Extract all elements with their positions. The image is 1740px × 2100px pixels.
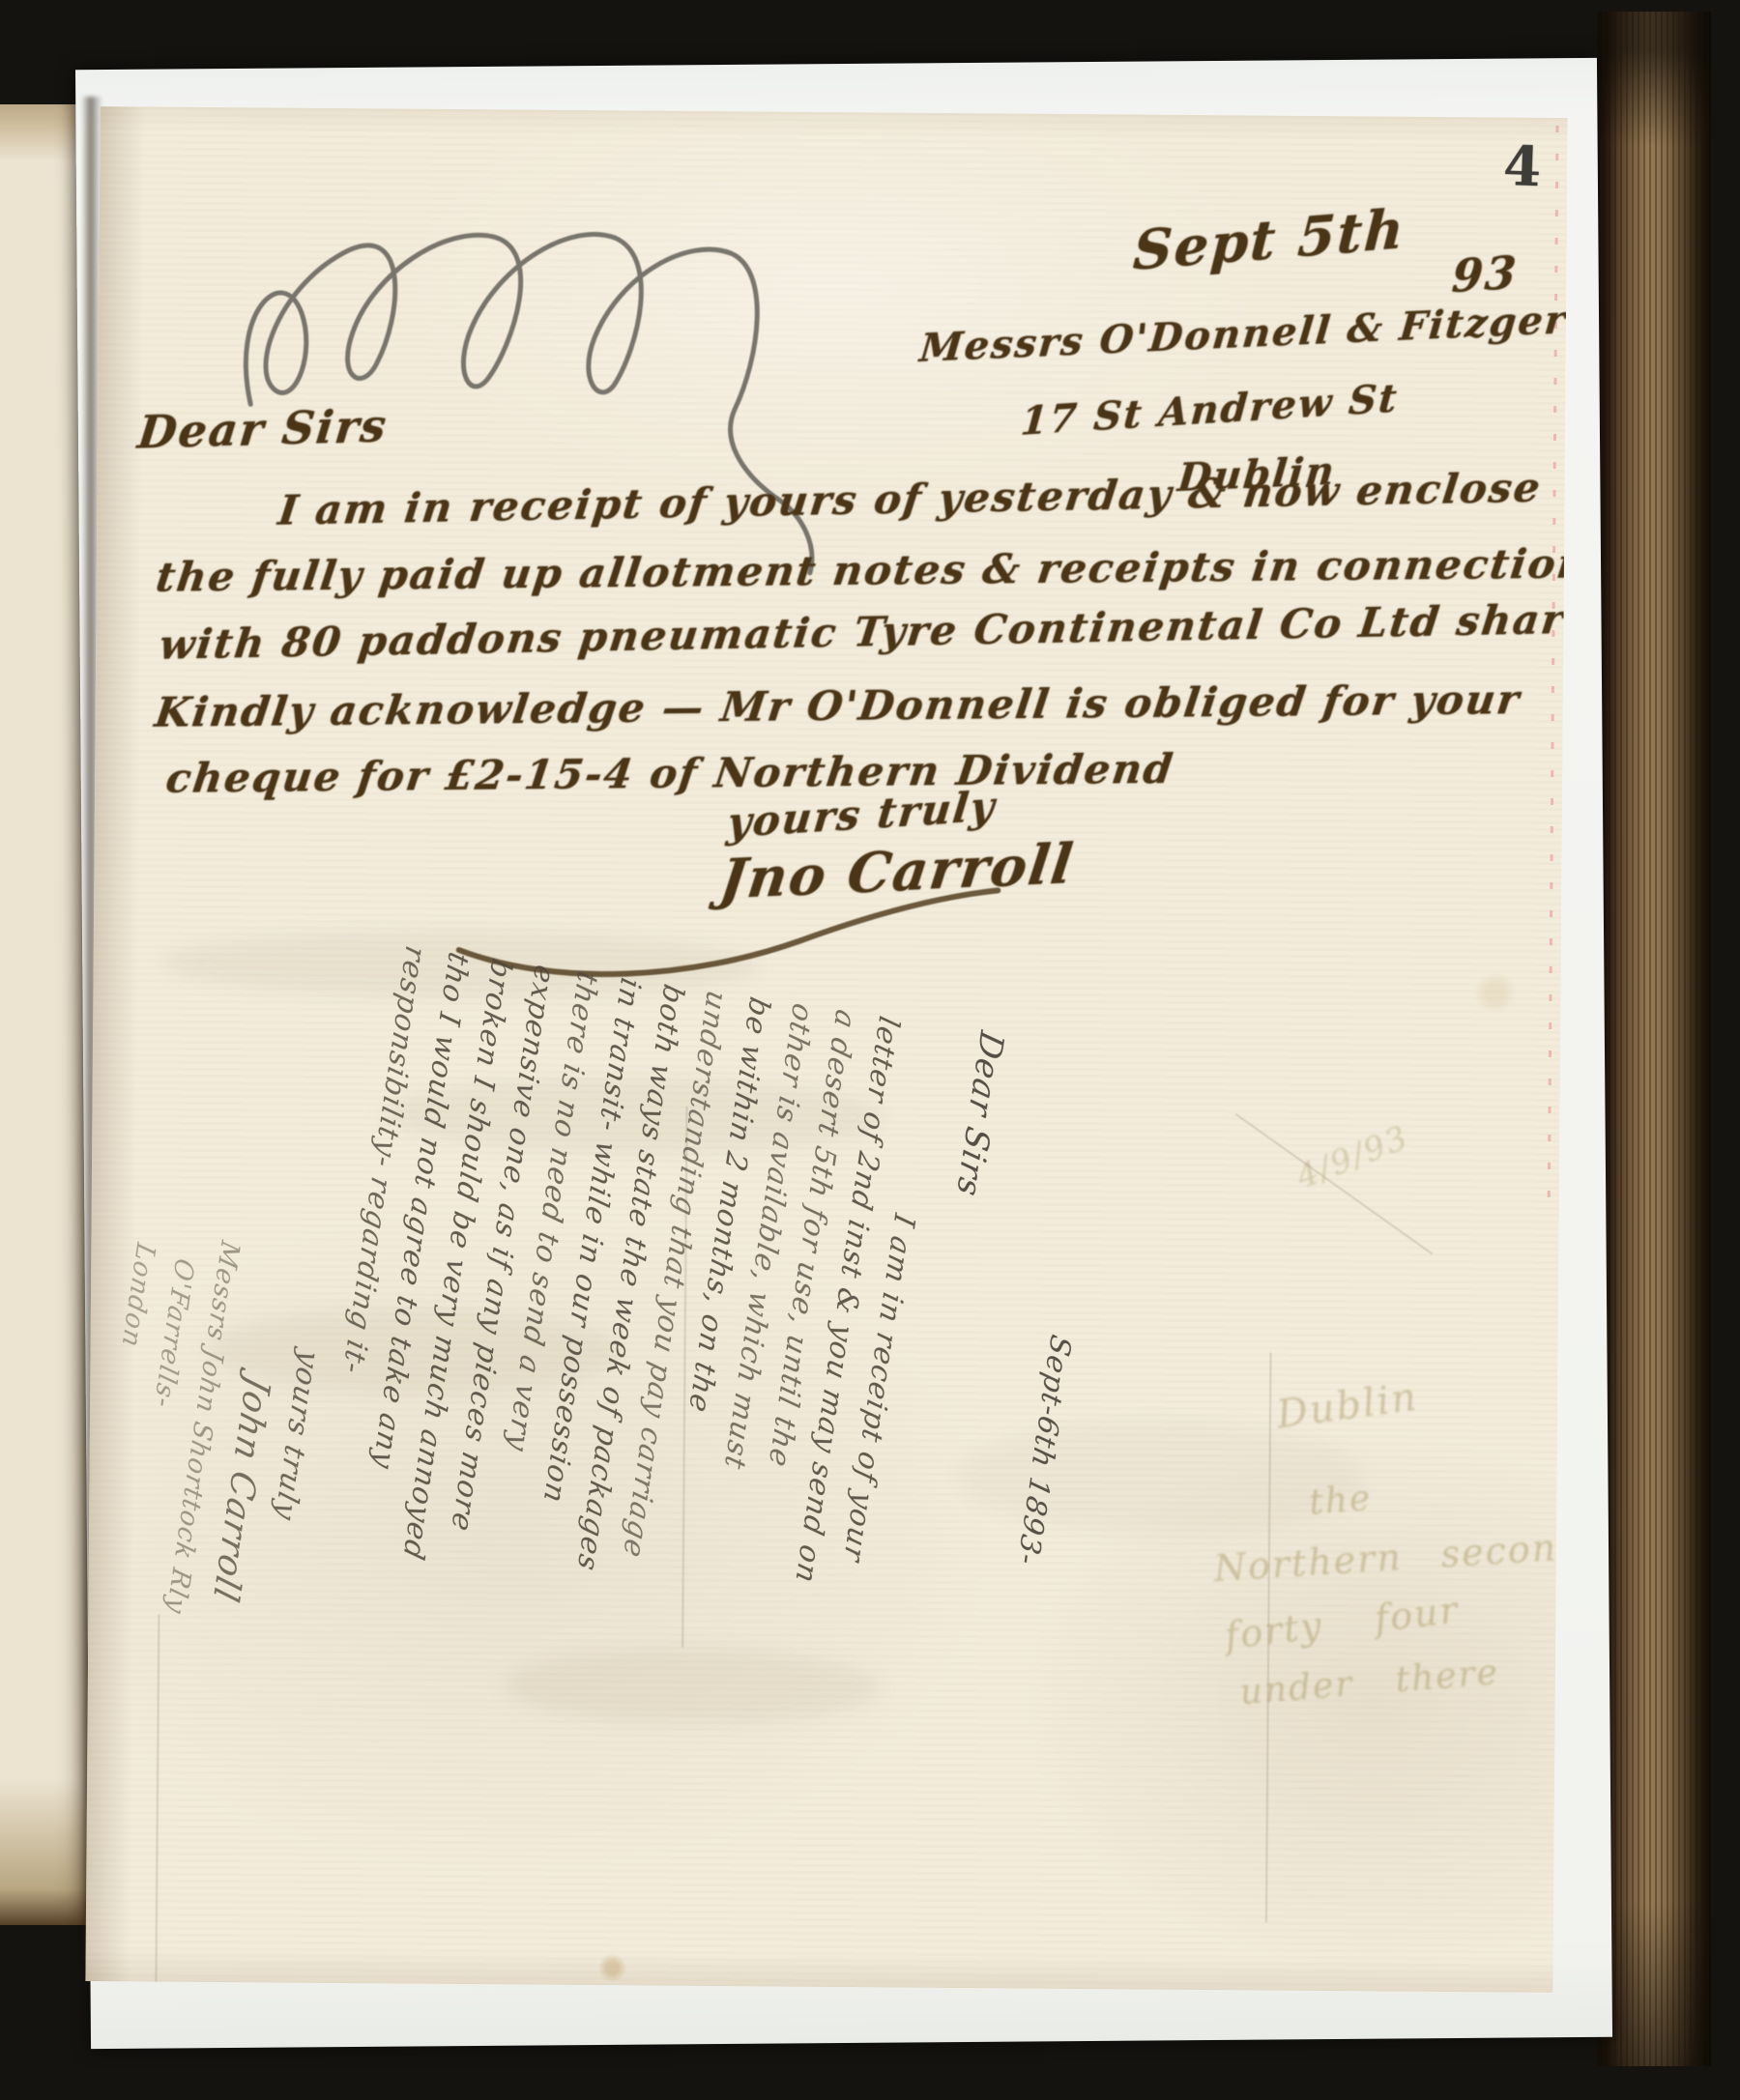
ghost-note: 4/9/93	[1291, 1118, 1415, 1197]
rotated-letter: Sept-6th 1893- Dear Sirs I am in receipt…	[85, 911, 1152, 1993]
ghost-word: forty four	[1223, 1589, 1462, 1657]
letter2-salutation: Dear Sirs	[948, 1027, 1010, 1201]
page-stack-fore-edge	[1597, 12, 1711, 2066]
ghost-word: the	[1308, 1479, 1374, 1523]
ghost-word: Northern second	[1212, 1525, 1567, 1591]
letter2-address-line: London	[116, 1240, 160, 1351]
letter1-body-line: cheque for £2-15-4 of Northern Dividend	[163, 745, 1177, 802]
page-number-stamp: 4	[1502, 134, 1542, 199]
letter1-date: Sept 5th	[1131, 197, 1406, 283]
letter1-recipient-line: Messrs O'Donnell & Fitzgerald	[917, 293, 1567, 370]
letter1-body-line: Kindly acknowledge — Mr O'Donnell is obl…	[153, 676, 1524, 736]
letter1-body-line: with 80 paddons pneumatic Tyre Continent…	[157, 594, 1567, 669]
letter2-closing: yours truly	[268, 1346, 326, 1525]
ghost-word: Dublin	[1274, 1375, 1421, 1438]
letter2-date: Sept-6th 1893-	[1010, 1331, 1077, 1568]
letter-page: 4 Sept 5th 93 Messrs O'Donnell & Fitzger…	[85, 106, 1567, 1993]
red-margin-dots	[1548, 126, 1559, 1218]
letter1-salutation: Dear Sirs	[135, 399, 391, 458]
letter1-recipient-line: 17 St Andrew St	[1019, 375, 1400, 445]
letterbook-scan: 4 Sept 5th 93 Messrs O'Donnell & Fitzger…	[0, 0, 1740, 2100]
ghost-word: under there	[1238, 1653, 1500, 1712]
letter1-year: 93	[1450, 246, 1520, 303]
